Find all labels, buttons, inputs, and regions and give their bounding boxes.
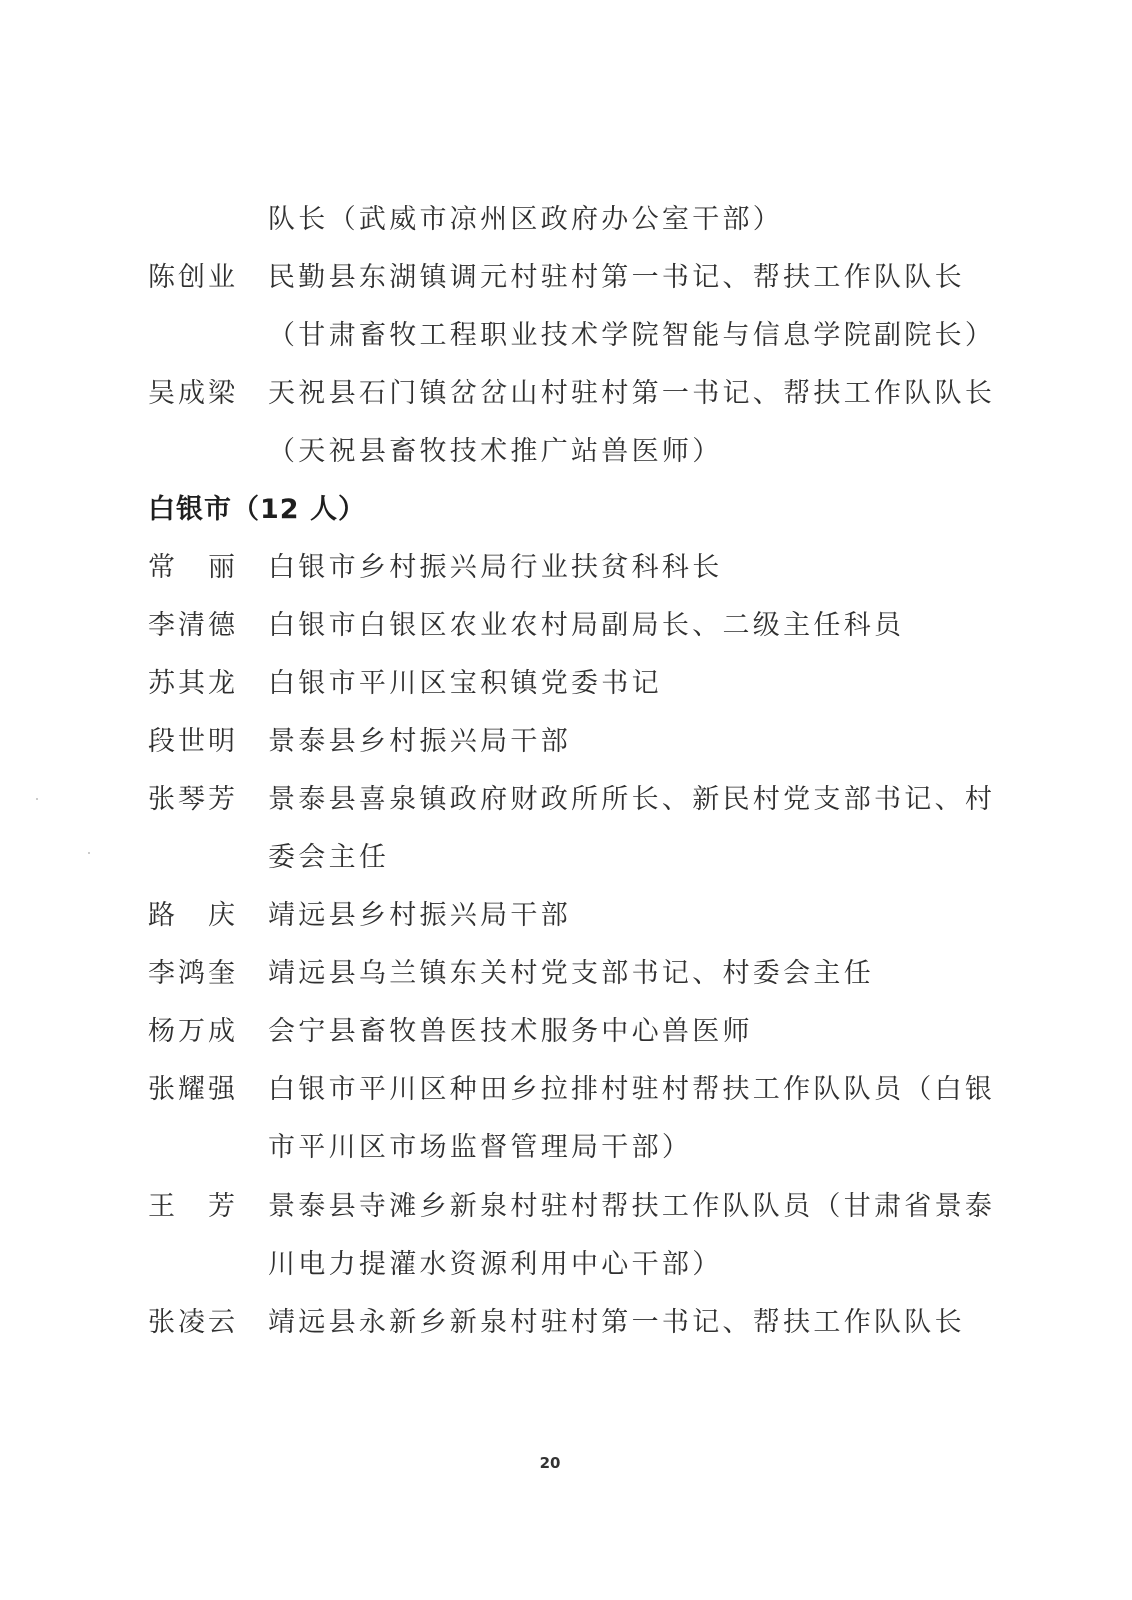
- person-position: 靖远县乌兰镇东关村党支部书记、村委会主任: [268, 954, 874, 994]
- list-item: 张凌云 靖远县永新乡新泉村驻村第一书记、帮扶工作队队长: [0, 1303, 1132, 1343]
- list-item: 王 芳 景泰县寺滩乡新泉村驻村帮扶工作队队员（甘肃省景泰: [0, 1187, 1132, 1227]
- person-name: 吴成梁: [148, 374, 258, 414]
- list-item: 杨万成 会宁县畜牧兽医技术服务中心兽医师: [0, 1012, 1132, 1052]
- continuation-text: 队长（武威市凉州区政府办公室干部）: [268, 200, 783, 240]
- person-name: 常 丽: [148, 548, 258, 588]
- person-name: 王 芳: [148, 1187, 258, 1227]
- person-position: 靖远县永新乡新泉村驻村第一书记、帮扶工作队队长: [268, 1303, 965, 1343]
- document-page: 队长（武威市凉州区政府办公室干部） 陈创业 民勤县东湖镇调元村驻村第一书记、帮扶…: [0, 0, 1132, 1600]
- person-position: 白银市白银区农业农村局副局长、二级主任科员: [268, 606, 904, 646]
- text-line: （甘肃畜牧工程职业技术学院智能与信息学院副院长）: [0, 316, 1132, 356]
- person-position-continued: （甘肃畜牧工程职业技术学院智能与信息学院副院长）: [268, 316, 995, 356]
- person-name: 李鸿奎: [148, 954, 258, 994]
- page-number: 20: [0, 1454, 1100, 1472]
- person-name: 段世明: [148, 722, 258, 762]
- list-item: 张耀强 白银市平川区种田乡拉排村驻村帮扶工作队队员（白银: [0, 1070, 1132, 1110]
- person-position: 景泰县寺滩乡新泉村驻村帮扶工作队队员（甘肃省景泰: [268, 1187, 995, 1227]
- person-position: 靖远县乡村振兴局干部: [268, 896, 571, 936]
- text-line: 市平川区市场监督管理局干部）: [0, 1128, 1132, 1168]
- list-item: 吴成梁 天祝县石门镇岔岔山村驻村第一书记、帮扶工作队队长: [0, 374, 1132, 414]
- list-item: 李鸿奎 靖远县乌兰镇东关村党支部书记、村委会主任: [0, 954, 1132, 994]
- scan-speck: [36, 798, 38, 800]
- person-position-continued: 委会主任: [268, 838, 389, 878]
- person-name: 杨万成: [148, 1012, 258, 1052]
- text-line: 委会主任: [0, 838, 1132, 878]
- text-line: （天祝县畜牧技术推广站兽医师）: [0, 432, 1132, 472]
- person-position: 景泰县乡村振兴局干部: [268, 722, 571, 762]
- list-item: 常 丽 白银市乡村振兴局行业扶贫科科长: [0, 548, 1132, 588]
- list-item: 路 庆 靖远县乡村振兴局干部: [0, 896, 1132, 936]
- text-line: 队长（武威市凉州区政府办公室干部）: [0, 200, 1132, 240]
- person-position-continued: 市平川区市场监督管理局干部）: [268, 1128, 692, 1168]
- person-position: 景泰县喜泉镇政府财政所所长、新民村党支部书记、村: [268, 780, 995, 820]
- person-position: 白银市乡村振兴局行业扶贫科科长: [268, 548, 723, 588]
- person-position: 民勤县东湖镇调元村驻村第一书记、帮扶工作队队长: [268, 258, 965, 298]
- list-item: 段世明 景泰县乡村振兴局干部: [0, 722, 1132, 762]
- list-item: 张琴芳 景泰县喜泉镇政府财政所所长、新民村党支部书记、村: [0, 780, 1132, 820]
- person-position: 白银市平川区种田乡拉排村驻村帮扶工作队队员（白银: [268, 1070, 995, 1110]
- person-name: 张凌云: [148, 1303, 258, 1343]
- scan-speck: [88, 852, 90, 854]
- person-name: 李清德: [148, 606, 258, 646]
- person-name: 张琴芳: [148, 780, 258, 820]
- person-name: 张耀强: [148, 1070, 258, 1110]
- person-position: 会宁县畜牧兽医技术服务中心兽医师: [268, 1012, 753, 1052]
- person-position: 白银市平川区宝积镇党委书记: [268, 664, 662, 704]
- person-name: 陈创业: [148, 258, 258, 298]
- person-name: 路 庆: [148, 896, 258, 936]
- person-position: 天祝县石门镇岔岔山村驻村第一书记、帮扶工作队队长: [268, 374, 995, 414]
- list-item: 陈创业 民勤县东湖镇调元村驻村第一书记、帮扶工作队队长: [0, 258, 1132, 298]
- person-name: 苏其龙: [148, 664, 258, 704]
- text-line: 川电力提灌水资源利用中心干部）: [0, 1245, 1132, 1285]
- list-item: 苏其龙 白银市平川区宝积镇党委书记: [0, 664, 1132, 704]
- person-position-continued: 川电力提灌水资源利用中心干部）: [268, 1245, 723, 1285]
- person-position-continued: （天祝县畜牧技术推广站兽医师）: [268, 432, 723, 472]
- section-heading: 白银市（12 人）: [148, 490, 366, 530]
- list-item: 李清德 白银市白银区农业农村局副局长、二级主任科员: [0, 606, 1132, 646]
